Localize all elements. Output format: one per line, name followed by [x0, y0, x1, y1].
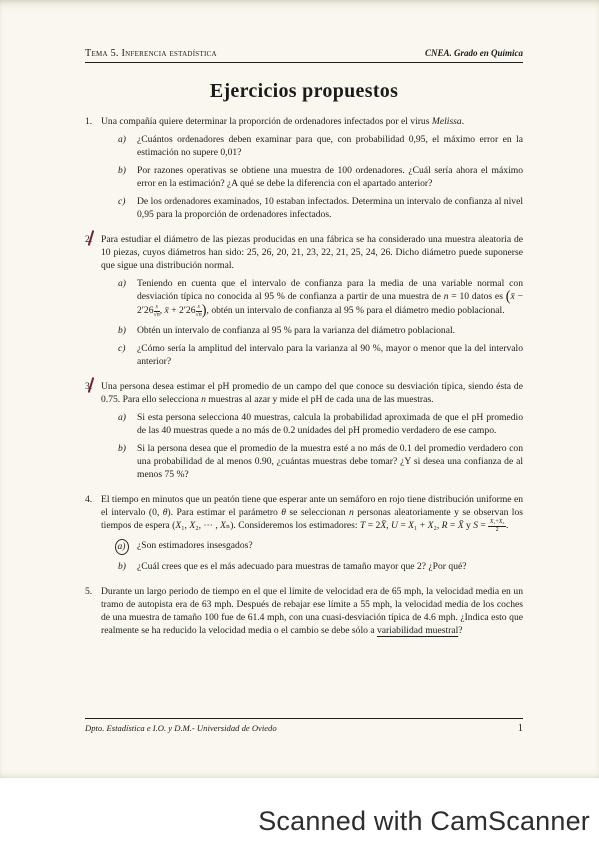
problem-5: 5. Durante un largo periodo de tiempo en… — [85, 585, 523, 637]
subitem-label: c) — [118, 342, 137, 368]
subitems: a) ¿Son estimadores insesgados? b) ¿Cuál… — [118, 539, 523, 573]
header-course-title: Tema 5. Inferencia estadística — [85, 48, 217, 59]
page-title: Ejercicios propuestos — [85, 80, 523, 103]
subitems: a) ¿Cuántos ordenadores deben examinar p… — [118, 133, 523, 221]
problem-1: 1. Una compañía quiere determinar la pro… — [85, 115, 523, 221]
subitem-text: ¿Cuántos ordenadores deben examinar para… — [137, 133, 523, 159]
problem-intro: Para estudiar el diámetro de las piezas … — [101, 233, 523, 272]
problem-intro: Una compañía quiere determinar la propor… — [101, 115, 523, 128]
camscanner-watermark: Scanned with CamScanner — [258, 806, 590, 837]
subitem-text: ¿Cuál crees que es el más adecuado para … — [137, 560, 523, 573]
page-content: Tema 5. Inferencia estadística CNEA. Gra… — [0, 0, 599, 637]
problem-number: 1. — [85, 115, 101, 221]
subitem-text: ¿Son estimadores insesgados? — [137, 539, 523, 555]
problem-3: 3. Una persona desea estimar el pH prome… — [85, 380, 523, 481]
subitem-label: b) — [118, 324, 137, 337]
problem-intro: Una persona desea estimar el pH promedio… — [101, 380, 523, 406]
subitems: a) Teniendo en cuenta que el intervalo d… — [118, 277, 523, 368]
subitem: a) Teniendo en cuenta que el intervalo d… — [118, 277, 523, 319]
subitem: a) ¿Cuántos ordenadores deben examinar p… — [118, 133, 523, 159]
subitem: b) ¿Cuál crees que es el más adecuado pa… — [118, 560, 523, 573]
subitem-text: De los ordenadores examinados, 10 estaba… — [137, 195, 523, 221]
subitem: b) Por razones operativas se obtiene una… — [118, 164, 523, 190]
subitems: a) Si esta persona selecciona 40 muestra… — [118, 411, 523, 481]
subitem-label: a) — [118, 277, 137, 319]
problem-4: 4. El tiempo en minutos que un peatón ti… — [85, 493, 523, 573]
page-header: Tema 5. Inferencia estadística CNEA. Gra… — [85, 48, 523, 63]
subitem-text: Si la persona desea que el promedio de l… — [137, 442, 523, 481]
problem-body: Para estudiar el diámetro de las piezas … — [101, 233, 523, 368]
subitem: b) Obtén un intervalo de confianza al 95… — [118, 324, 523, 337]
subitem-text: ¿Cómo sería la amplitud del intervalo pa… — [137, 342, 523, 368]
subitem-label: b) — [118, 442, 137, 481]
handwritten-circle-mark: a) — [115, 539, 129, 555]
subitem: a) Si esta persona selecciona 40 muestra… — [118, 411, 523, 437]
subitem-text: Si esta persona selecciona 40 muestras, … — [137, 411, 523, 437]
subitem: a) ¿Son estimadores insesgados? — [118, 539, 523, 555]
problem-number: 3. — [85, 380, 101, 481]
page-number: 1 — [518, 723, 523, 734]
subitem-label: a) — [118, 133, 137, 159]
subitem-label: b) — [118, 560, 137, 573]
problem-intro: Durante un largo periodo de tiempo en el… — [101, 585, 523, 637]
problem-body: Una persona desea estimar el pH promedio… — [101, 380, 523, 481]
problems-list: 1. Una compañía quiere determinar la pro… — [85, 115, 523, 637]
problem-number: 2. — [85, 233, 101, 368]
subitem-text: Teniendo en cuenta que el intervalo de c… — [137, 277, 523, 319]
subitem-text: Obtén un intervalo de confianza al 95 % … — [137, 324, 523, 337]
problem-number: 5. — [85, 585, 101, 637]
subitem-text: Por razones operativas se obtiene una mu… — [137, 164, 523, 190]
problem-body: Una compañía quiere determinar la propor… — [101, 115, 523, 221]
subitem-label: a) — [118, 539, 137, 555]
subitem: c) De los ordenadores examinados, 10 est… — [118, 195, 523, 221]
problem-intro: El tiempo en minutos que un peatón tiene… — [101, 493, 523, 534]
subitem-label: a) — [118, 411, 137, 437]
subitem: b) Si la persona desea que el promedio d… — [118, 442, 523, 481]
scanned-page: Tema 5. Inferencia estadística CNEA. Gra… — [0, 0, 599, 778]
subitem-label: c) — [118, 195, 137, 221]
footer-department: Dpto. Estadística e I.O. y D.M.- Univers… — [85, 723, 277, 733]
header-degree-label: CNEA. Grado en Química — [425, 48, 523, 58]
subitem: c) ¿Cómo sería la amplitud del intervalo… — [118, 342, 523, 368]
page-footer: Dpto. Estadística e I.O. y D.M.- Univers… — [85, 718, 523, 734]
problem-number: 4. — [85, 493, 101, 573]
problem-2: 2. Para estudiar el diámetro de las piez… — [85, 233, 523, 368]
problem-body: Durante un largo periodo de tiempo en el… — [101, 585, 523, 637]
problem-body: El tiempo en minutos que un peatón tiene… — [101, 493, 523, 573]
subitem-label: b) — [118, 164, 137, 190]
